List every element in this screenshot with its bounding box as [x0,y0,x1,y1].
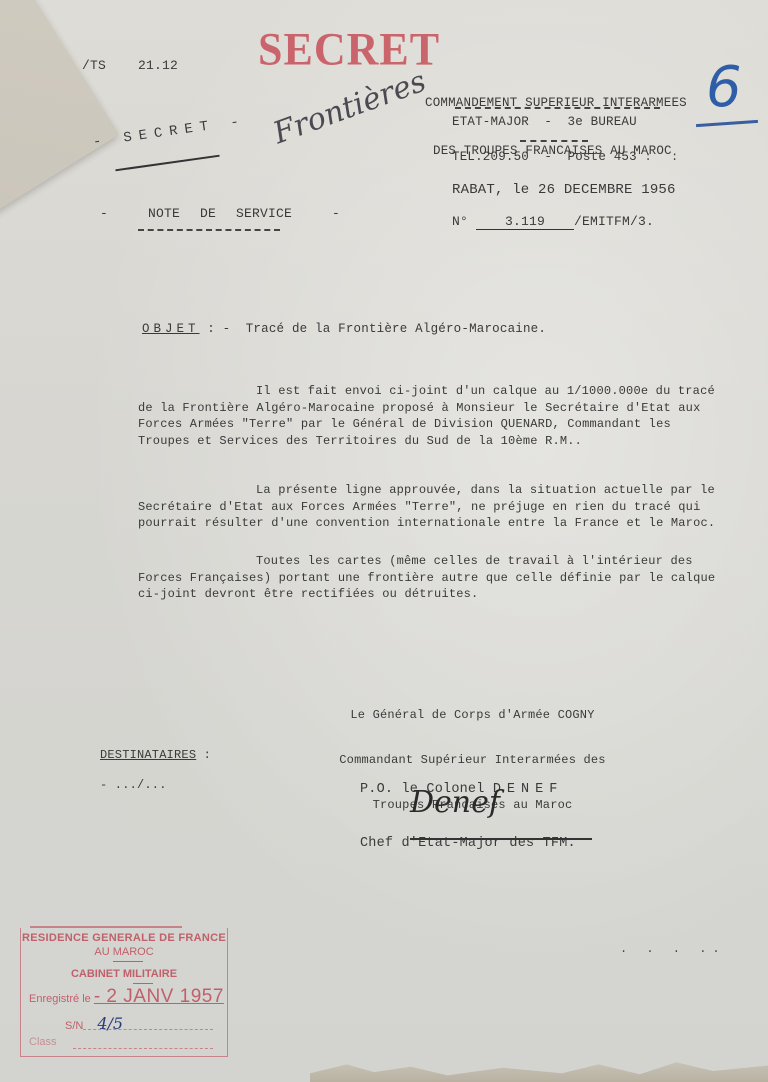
subject-label: OBJET [142,322,200,336]
note-type: - NOTE DE SERVICE - [100,206,340,221]
letterhead-rule [455,107,660,109]
stamp-registered: Enregistré le - 2 JANV 1957 [29,986,224,1008]
paragraph-1: Il est fait envoi ci-joint d'un calque a… [138,383,728,449]
recipients-label-line: DESTINATAIRES : [100,748,211,762]
staff-rule [520,140,588,142]
date-line: RABAT, le 26 DECEMBRE 1956 [452,182,676,198]
sn-label: S/N [65,1020,83,1032]
stamp-line3: CABINET MILITAIRE [21,968,227,980]
page-number-handwritten: 6 [706,60,742,116]
stray-dots: . . . .. [620,942,726,956]
paragraph-2: La présente ligne approuvée, dans la sit… [138,482,728,532]
sn-rule [83,1029,213,1030]
note-type-text: NOTE DE SERVICE [148,206,292,221]
note-type-underline [138,229,280,231]
registered-date: - 2 JANV 1957 [94,986,224,1007]
sn-value: 4/5 [97,1014,123,1033]
recipients-value: - .../... [100,778,167,792]
signature-line [410,838,592,840]
po-name: DENEF [493,782,564,797]
paragraph-3: Toutes les cartes (même celles de travai… [138,553,728,603]
stamp-line2: AU MAROC [21,946,227,958]
registration-stamp: RESIDENCE GENERALE DE FRANCE AU MAROC CA… [20,928,228,1057]
stamp-rule2 [133,983,153,984]
paragraph-1-text: Il est fait envoi ci-joint d'un calque a… [138,384,715,448]
recipients-colon: : [196,748,211,762]
paragraph-3-text: Toutes les cartes (même celles de travai… [138,554,715,601]
phone-text: TEL.209.50 - Poste 453 [452,150,637,164]
staff-bureau: ETAT-MAJOR - 3e BUREAU [452,115,637,129]
number-prefix: N° [452,214,468,229]
class-rule [73,1048,213,1049]
subject-text: Tracé de la Frontière Algéro-Marocaine. [246,322,546,336]
dots: : : [645,150,685,164]
number-value: 3.119 [476,214,574,230]
paragraph-2-text: La présente ligne approuvée, dans la sit… [138,483,715,530]
stamp-sn: S/N4/5 [65,1014,123,1033]
stamp-line1: RESIDENCE GENERALE DE FRANCE [21,932,227,944]
reference-corner: /TS 21.12 [82,58,178,73]
number-suffix: /EMITFM/3. [574,214,654,229]
registered-label: Enregistré le [29,993,91,1005]
reference-number: N° 3.119/EMITFM/3. [452,214,654,230]
signatory-line1: Le Général de Corps d'Armée COGNY [330,708,615,723]
handwritten-signature: Denef [410,785,500,820]
stamp-class: Class [29,1036,57,1048]
phone-line: TEL.209.50 - Poste 453 : : [452,150,684,164]
recipients-label: DESTINATAIRES [100,748,196,762]
subject-line: OBJET : - Tracé de la Frontière Algéro-M… [142,322,546,336]
subject-separator: : - [200,322,246,336]
stamp-rule [113,961,143,962]
